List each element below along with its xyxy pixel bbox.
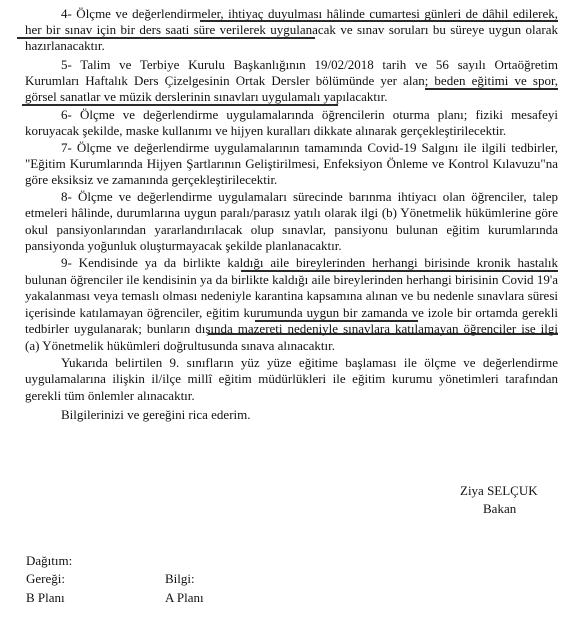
text-line: bulunan öğrenciler ile kendisinin ya da … — [25, 272, 558, 288]
text-line: etmeleri hâlinde, durumlarına uygun para… — [25, 205, 558, 221]
text-line: gerekli tüm önlemler alınacaktır. — [25, 388, 558, 404]
text-line: içerisinde katılamayan öğrenciler, eğiti… — [25, 305, 558, 321]
underline-mark — [17, 37, 315, 39]
text-line: koruyacak şekilde, maske kullanımı ve hi… — [25, 123, 558, 139]
text-line: 8- Ölçme ve değerlendirme uygulamaları s… — [61, 189, 558, 205]
underline-mark — [255, 320, 418, 322]
text-line: hazırlanacaktır. — [25, 38, 558, 54]
text-line: (a) Yönetmelik hükümleri doğrultusunda s… — [25, 338, 558, 354]
signatory-title: Bakan — [483, 501, 516, 517]
text-line: okul pansiyonlarından yararlandırılacak … — [25, 222, 558, 238]
text-line: 6- Ölçme ve değerlendirme uygulamalarınd… — [61, 107, 558, 123]
distribution-heading: Dağıtım: — [26, 553, 72, 569]
text-line: Yukarıda belirtilen 9. sınıfların yüz yü… — [61, 355, 558, 371]
text-line: 7- Ölçme ve değerlendirme uygulamalarını… — [61, 140, 558, 156]
text-line: Kurumları Haftalık Ders Çizelgesinin Ort… — [25, 73, 558, 89]
info-value: A Planı — [165, 590, 204, 606]
text-line: "Eğitim Kurumlarında Hijyen Şartlarının … — [25, 156, 558, 172]
action-label: Gereği: — [26, 571, 65, 587]
info-label: Bilgi: — [165, 571, 195, 587]
text-line: her bir sınav için bir ders saati süre v… — [25, 22, 558, 38]
signatory-name: Ziya SELÇUK — [460, 483, 538, 499]
text-line: Bilgilerinizi ve gereğini rica ederim. — [61, 407, 558, 423]
text-line: uygulamalarına ilişkin il/ilçe millî eği… — [25, 371, 558, 387]
action-value: B Planı — [26, 590, 65, 606]
underline-mark — [425, 88, 558, 90]
text-line: yakalanması veya temaslı olması nedeniyl… — [25, 288, 558, 304]
text-line: göre eksiksiz ve zamanında gerçekleştiri… — [25, 172, 558, 188]
text-line: 5- Talim ve Terbiye Kurulu Başkanlığının… — [61, 57, 558, 73]
text-line: 9- Kendisinde ya da birlikte kaldığı ail… — [61, 255, 558, 271]
underline-mark — [241, 270, 558, 272]
text-line: pansiyonda yoğunluk oluşturmayacak şekil… — [25, 238, 558, 254]
underline-mark — [200, 20, 558, 22]
underline-mark — [208, 333, 558, 335]
text-line: görsel sanatlar ve müzik derslerinin sın… — [25, 89, 558, 105]
underline-mark — [22, 104, 338, 106]
